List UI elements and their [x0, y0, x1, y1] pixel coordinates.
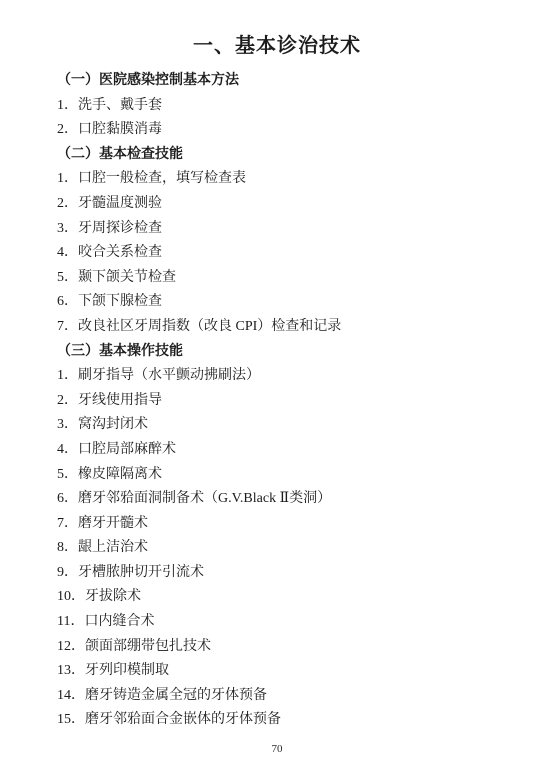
list-item: 10．牙拔除术	[57, 585, 554, 610]
list-item: 7．磨牙开髓术	[57, 512, 554, 537]
list-item: 5．颞下颌关节检查	[57, 266, 554, 291]
list-item: 13．牙列印模制取	[57, 659, 554, 684]
list-item: 15．磨牙邻𬌗面合金嵌体的牙体预备	[57, 708, 554, 733]
document-page: 一、基本诊治技术 （一）医院感染控制基本方法 1．洗手、戴手套 2．口腔黏膜消毒…	[0, 0, 554, 772]
page-number: 70	[0, 743, 554, 755]
list-item: 3．牙周探诊检查	[57, 217, 554, 242]
list-item: 11．口内缝合术	[57, 610, 554, 635]
list-item: 7．改良社区牙周指数（改良 CPI）检查和记录	[57, 315, 554, 340]
list-item: 2．牙线使用指导	[57, 389, 554, 414]
list-item: 1．洗手、戴手套	[57, 94, 554, 119]
list-item: 1．刷牙指导（水平颤动拂刷法）	[57, 364, 554, 389]
list-item: 2．牙髓温度测验	[57, 192, 554, 217]
list-item: 8．龈上洁治术	[57, 536, 554, 561]
list-item: 1．口腔一般检查，填写检查表	[57, 167, 554, 192]
list-item: 3．窝沟封闭术	[57, 413, 554, 438]
page-title: 一、基本诊治技术	[0, 0, 554, 60]
list-item: 9．牙槽脓肿切开引流术	[57, 561, 554, 586]
list-item: 14．磨牙铸造金属全冠的牙体预备	[57, 684, 554, 709]
list-item: 4．口腔局部麻醉术	[57, 438, 554, 463]
section-heading-2: （二）基本检查技能	[57, 143, 554, 168]
list-item: 4．咬合关系检查	[57, 241, 554, 266]
list-item: 6．磨牙邻𬌗面洞制备术（G.V.Black Ⅱ类洞）	[57, 487, 554, 512]
section-heading-3: （三）基本操作技能	[57, 340, 554, 365]
content-list: （一）医院感染控制基本方法 1．洗手、戴手套 2．口腔黏膜消毒 （二）基本检查技…	[57, 69, 554, 733]
list-item: 2．口腔黏膜消毒	[57, 118, 554, 143]
list-item: 5．橡皮障隔离术	[57, 463, 554, 488]
section-heading-1: （一）医院感染控制基本方法	[57, 69, 554, 94]
list-item: 6．下颌下腺检查	[57, 290, 554, 315]
list-item: 12．颌面部绷带包扎技术	[57, 635, 554, 660]
